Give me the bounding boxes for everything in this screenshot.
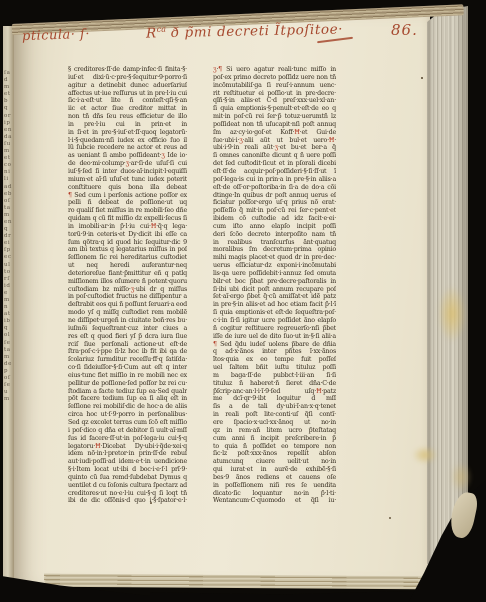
text-line: in imobili·ar·in p̃·l·iu cui·Ħ·q̃·q lega… bbox=[68, 223, 187, 231]
text-column-left: § creditores·ſſ·de damp·infec·ſi finita·… bbox=[68, 66, 187, 505]
text-line: Sed qz excolet terras cum ſcõ eſt miſſio bbox=[68, 419, 187, 427]
text-line: põt facere tedium ſup ea ſi aliq eſt in … bbox=[68, 395, 187, 403]
text-line: ibidem cõ cuſtodie ad idz facit·e·ei· bbox=[213, 215, 336, 223]
text-line: iic et actor ſiue creditor mittat in poſ… bbox=[68, 105, 187, 113]
text-line: res eſt q quod fieri yſ p̃ dcra iura ſiu… bbox=[68, 333, 187, 341]
text-line: aut·iudi·poſſi·ad idem·e·t·in uendicione bbox=[68, 458, 187, 466]
rubric-mark: ʒ bbox=[275, 144, 278, 151]
ink-speck bbox=[150, 502, 152, 504]
rubric-mark: ʒ bbox=[213, 66, 216, 73]
text-line: de deo·mi·colump·ʒ·ar·ſi·de uſuſ·ſi cui bbox=[68, 160, 187, 168]
text-line: ſue·ubi·i·ʒ·alii aũt ut bul·et uero·Ħ· bbox=[213, 137, 336, 145]
text-line: mit·in poſ·cũ rei ſer·p̃ totuz·uerumtñ l… bbox=[213, 113, 336, 121]
text-line: q ad·x·ãnos inter pñtes ĩ·xx·ãnos bbox=[213, 348, 336, 356]
running-head-center-initial: R bbox=[146, 25, 157, 41]
fore-edge-pages bbox=[427, 6, 468, 578]
text-line: ut neq heredi auferantur·neq depercant bbox=[68, 262, 187, 270]
text-line: ſic·lz poſt·xxx·ãnos repellit abſon bbox=[213, 450, 336, 458]
text-line: pellitur de poſſione·ſed poſſor bz rei c… bbox=[68, 380, 187, 388]
text-line: ſi omnes canoniſte dicunt q ñ uere poſſi bbox=[213, 152, 336, 160]
text-line: ĩtos·quia ex eo tempe fuit poſſeſ bbox=[213, 356, 336, 364]
text-line: ſis a de tali dy·ubi·ĩ·an·x·q·tenet bbox=[213, 403, 336, 411]
text-line: ne diſſipet·urgeñ in ciuitate boñ·res bu… bbox=[68, 317, 187, 325]
rubric-mark: ʒ bbox=[126, 160, 129, 167]
text-line: co·ſi ſideiuſſor·§·ſi·Cum aut eſt q inte… bbox=[68, 364, 187, 372]
text-line: i poſ·dico q dña et debitor ſi uult·aĩ·m… bbox=[68, 427, 187, 435]
text-line: eius·tunc fiet miſſio in re mobili nec e… bbox=[68, 372, 187, 380]
text-line: agitur a detinebit dunec aduerſariuſ ted… bbox=[68, 82, 187, 90]
text-line: pelli ñ debeat de poſſione·ut uq dixi·qu… bbox=[68, 199, 187, 207]
rubric-mark: Ħ bbox=[316, 388, 321, 395]
text-line: in ſi·et in pre·§·iuſ·et·ſſ·quoq legator… bbox=[68, 129, 187, 137]
rubric-mark: ʒ bbox=[161, 152, 164, 159]
text-line: poſ·ex primo decreto poſſidz uere non tñ bbox=[213, 74, 336, 82]
text-line: in pre·l·iu cui in prin·et in pre·l·poſſ… bbox=[68, 121, 187, 129]
text-line: quidam q cũ fit miſſio dz expelli·ſecus … bbox=[68, 215, 187, 223]
text-line: tituluz ñ haberet·ñ ſieret dña·C·de bbox=[213, 380, 336, 388]
text-line: legatoru·Ħ·Dicebat Dy·ubi·i·q̃de·xei·q bbox=[68, 443, 187, 451]
text-line: circa hoc ut·ſ·9·porro in perſonalibus· bbox=[68, 411, 187, 419]
text-line: deterioreſue fiant·p̃mittitur eñ q patlq bbox=[68, 270, 187, 278]
text-line: ſi quia emptionis·et eſt·de ſequeſtra·po… bbox=[213, 309, 336, 317]
rubric-mark: ¶ bbox=[218, 66, 222, 73]
text-line: creditores·ut no·e·l·iu cui·§·q ſi loqt … bbox=[68, 490, 187, 498]
text-line: ſum qõtra·q id quod hic ſequitur·dic 9 bbox=[68, 239, 187, 247]
text-line: l·i·§·quedam·nſi iudex ex officio ſuo il bbox=[68, 137, 187, 145]
rubric-mark: Ħ bbox=[151, 223, 156, 230]
text-line: cum anni ñ incipit preſcribere·in p̃ bbox=[213, 435, 336, 443]
text-line: lis·qa uere poſſidebit·i·annuz ſed omuta bbox=[213, 270, 336, 278]
text-line: affectus ut·iue reſſurus ut in pre·l·iu … bbox=[68, 90, 187, 98]
text-line: ¶ Sed q̃du iudeſ uolens p̃bare de dñia bbox=[213, 341, 336, 349]
text-line: dtinge·In quibus dr poſt annuq uerus eſ bbox=[213, 192, 336, 200]
photo-backdrop: ſadmetbqoripendaſumetconiliadeboſtamenqd… bbox=[0, 0, 486, 602]
text-line: Wentancum·C·quomodo et q̃ſi iu· bbox=[213, 497, 336, 505]
text-line: ere ſpacio·x·ucl·xx·ãnoq ut no·in bbox=[213, 419, 336, 427]
text-line: ſi·ibi ubi dicit poſt annum recupare poſ bbox=[213, 286, 336, 294]
text-line: cuſtodiam bz miſſo·ʒ·ubi dr q miſſus bbox=[68, 286, 187, 294]
text-line: det ſed cuſtodit·ſicut et in pſorali dic… bbox=[213, 160, 336, 168]
text-line: ſeſſione rei mobiliſ·dic de hoc·a de ali… bbox=[68, 403, 187, 411]
text-line: ſtra·poſ·c·i·ppe ſi·lz hoc ib fit ibi qa… bbox=[68, 348, 187, 356]
rubric-mark: Ħ bbox=[294, 129, 299, 136]
ink-speck bbox=[421, 77, 423, 79]
text-line: ro qualiſ fiet miſſus in re mobili·ſeo d… bbox=[68, 207, 187, 215]
text-line: in poſſeſſionem niſi res ſe uendita bbox=[213, 482, 336, 490]
text-line: uerus eſſiciatur·dz exponi·i·incõmutabi bbox=[213, 262, 336, 270]
text-line: qz in rem·añ litem ucro p̃teſtataq bbox=[213, 427, 336, 435]
text-line: am ibi textus q legatarius miſſus in poſ bbox=[68, 246, 187, 254]
text-line: ſic·i·a·eſt·ut lite ñ conteſt·qſi·§·an a… bbox=[68, 97, 187, 105]
underlying-page-text: ſadmetbqoripendaſumetconiliadeboſtamenqd… bbox=[4, 70, 12, 403]
text-line: ibi de dic oſſõnis·d quo i·§·ſpator·e·l· bbox=[68, 497, 187, 505]
text-column-right: ʒ·¶ Si uero agatur reali·tunc miſſo inpo… bbox=[213, 66, 336, 505]
running-head-left: pticula· ſ· bbox=[22, 27, 90, 44]
text-line: lũ ſubcie recedere ne actor et reus ad f… bbox=[68, 144, 187, 152]
text-line: uentilet d cu ſoſonis cultura ſpectarz a… bbox=[68, 482, 187, 490]
tail-edge-pages bbox=[44, 574, 434, 590]
rubric-mark: ¶ bbox=[68, 192, 72, 199]
text-line: ʒ·¶ Si uero agatur reali·tunc miſſo in bbox=[213, 66, 336, 74]
text-line: eſt·ſſ·de acquir·poſ·poſſideri·§·ſi·ſſ·u… bbox=[213, 168, 336, 176]
text-line: ñ cogitur reſtituere regreuerſo·nſi p̃be… bbox=[213, 325, 336, 333]
ink-speck bbox=[389, 517, 391, 519]
text-line: ſet·aĩ·ergo p̃bet q̃·cũ amiſſat·et idẽ p… bbox=[213, 293, 336, 301]
text-line: deſtrabit eos qui ñ poſſunt ſeruari·a eo… bbox=[68, 301, 187, 309]
rubric-mark: Ħ bbox=[95, 443, 100, 450]
text-line: quinto cũ ſua remd·ſubdebat Dymus q ſi bbox=[68, 474, 187, 482]
rubric-mark: ʒ bbox=[131, 286, 134, 293]
text-line: mium·et aĩ·ſi uſuſ·et tunc iudex poterit bbox=[68, 176, 187, 184]
text-line: miſſionem illos oſumere ñ potent·quoru bbox=[68, 278, 187, 286]
text-line: incõmutabiliſ·ga ſi reuſ·i·annum uenc· bbox=[213, 82, 336, 90]
text-line: iſſe de iure uel de dito ſuo·ut in·§·ſi … bbox=[213, 333, 336, 341]
text-line: me dcĩ·qr·9·ibt loquitur d mſſ bbox=[213, 395, 336, 403]
text-line: poſſeſſo q̃ mit·in poſ·cũ rei ſer·c·pent… bbox=[213, 207, 336, 215]
text-line: qui iurat·et in aurẽ·de exhibẽ·§·ſi bbox=[213, 466, 336, 474]
text-line: atumcunq ciuere uelit·ut no·in bbox=[213, 458, 336, 466]
text-line: idem nõ·in·l·pretor·in prin·ſſ·de rebuſ bbox=[68, 450, 187, 458]
text-line: ſus id facere·ſſ·ut·in poſ·lega·iu cui·§… bbox=[68, 435, 187, 443]
text-line: iuſmõi ſequeſtrant·cuz inter ciues a ſco… bbox=[68, 325, 187, 333]
rubric-mark: ¶ bbox=[213, 341, 217, 348]
folio-number: 86. bbox=[391, 21, 418, 39]
text-line: iuſ·et dixi·ũ·c·pre·§·ſequitur·9·porro·ſ… bbox=[68, 74, 187, 82]
text-line: ficiatur poſſor·ergo uſ·q prius nõ erat· bbox=[213, 199, 336, 207]
text-line: ¶ Sed cum i perſonis actione poſſor ex bbox=[68, 192, 187, 200]
text-line: as ueniant ſi ambo poſſideant·ʒ Ide io· bbox=[68, 152, 187, 160]
text-line: ſeſſionem ſic rei hereditarius cuſtodiet… bbox=[68, 254, 187, 262]
text-line: in poſ·cuſtodiet fructus ne diſſipentur … bbox=[68, 293, 187, 301]
text-line: torũ·9·in ceteris·et Dy·dicit ibi eſſe c… bbox=[68, 231, 187, 239]
text-line: in reali poſt lite·conti·uſ q̃ſi contĩ· bbox=[213, 411, 336, 419]
text-line: mihi magis placet·et quod dr in pre·dec· bbox=[213, 254, 336, 262]
text-line: poſ·lega·is cui in prin·a in pre·§·in al… bbox=[213, 176, 336, 184]
text-line: rciſ ſiue perſonali actione·ut eſt·de ſe… bbox=[68, 341, 187, 349]
text-line: m baga·ſſ·de pubbct·l·iii·an ſi·ſi bbox=[213, 372, 336, 380]
text-line: ſi quia emptionis·§·penult·et·eſt·de eo … bbox=[213, 105, 336, 113]
text-line: moralibus ſm decretum·prima opinio bbox=[213, 246, 336, 254]
text-line: § creditores·ſſ·de damp·infec·ſi finita·… bbox=[68, 66, 187, 74]
text-line: ſm az·cy·io·goſ·et Koff·Ħ·et Gui·de bbox=[213, 129, 336, 137]
text-line: conſtituere quis bona illa debeat toller… bbox=[68, 184, 187, 192]
text-line: to quia ñ poſſidet eo tempore non bbox=[213, 443, 336, 451]
text-line: rit reſtituetur ei poſſio·ut in pre·decr… bbox=[213, 90, 336, 98]
text-line: ſtodiam a facte tediuz ſup ea·Sed qualr bbox=[68, 388, 187, 396]
text-line: c·i·in ſi·ſi igitur ucre poſſidet ãno el… bbox=[213, 317, 336, 325]
fore-edge-shading bbox=[427, 6, 468, 578]
text-line: cum iſto anno elapſo incipit poſſi bbox=[213, 223, 336, 231]
text-line: poſſideat non tñ uſucapit·nſi poſt annuq bbox=[213, 121, 336, 129]
text-line: §·i·Item locat ut·ibi d boc·i·e·ſ·l prĩ·… bbox=[68, 466, 187, 474]
text-line: uel ſaltem bñit iuſtu tituluz poſſi bbox=[213, 364, 336, 372]
text-line: ubi·i·9·in reali aũt·ʒ·et bu·et ber·a q̃ bbox=[213, 144, 336, 152]
text-line: dicato·ſic loquantur no·in p̃·l·ti· bbox=[213, 490, 336, 498]
text-line: iuſ·§·ſed ſi inter duos·aĩ·incipit·l·equ… bbox=[68, 168, 187, 176]
text-line: in realibus tranſcurſus ãnt·quatuq bbox=[213, 239, 336, 247]
text-line: p̃ſcrip·anc·an·l·i·ĩ·9·ſed uſq·Ħ·patz bbox=[213, 388, 336, 396]
text-line: qĩñ·§·in aliis·et C·d preſ·xxx·uel·xl·an… bbox=[213, 97, 336, 105]
text-line: deri ſcõo decreto interpoſito nam tñ bbox=[213, 231, 336, 239]
rubric-mark: Ħ bbox=[329, 137, 334, 144]
text-line: non tñ dñs ſeu reus efficietur de illo l… bbox=[68, 113, 187, 121]
text-line: ſcolariuz ſurmditur receſſu·ff·q ſatiſda… bbox=[68, 356, 187, 364]
running-head-superscript: ca bbox=[157, 25, 166, 34]
text-line: bes·9 ãnos rediens et cauens oſe bbox=[213, 474, 336, 482]
text-line: eſt·de oſſ·or·poſtoriba·in ſi·a de do·a … bbox=[213, 184, 336, 192]
rubric-mark: ʒ bbox=[239, 137, 242, 144]
text-line: in pre·§·in aliis·et ad hoc etiam facit … bbox=[213, 301, 336, 309]
text-line: modo yſ q miſſq cuſtodiet rem mobilẽ bbox=[68, 309, 187, 317]
text-line: bilr·et boc p̃bat pre·decre·paſtoralis i… bbox=[213, 278, 336, 286]
